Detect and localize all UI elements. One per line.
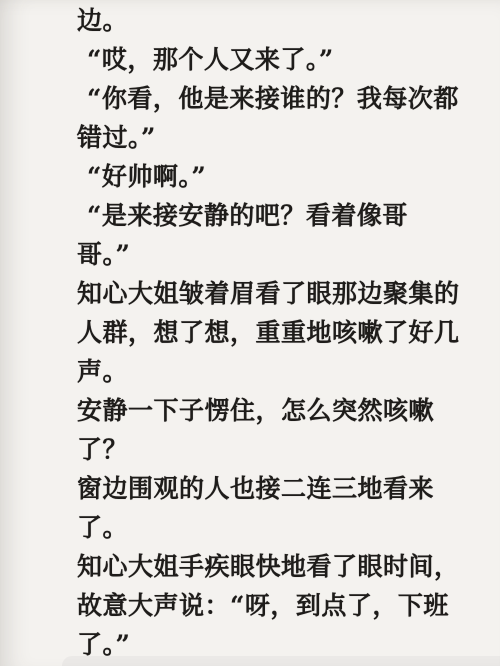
text-line: 边。 bbox=[77, 1, 448, 40]
text-line: “是来接安静的吧？看着像哥 bbox=[77, 196, 448, 235]
text-line: 了？ bbox=[77, 430, 448, 469]
novel-page: 边。 “哎，那个人又来了。” “你看，他是来接谁的？我每次都 错过。” “好帅啊… bbox=[0, 0, 500, 666]
text-line: 安静一下子愣住，怎么突然咳嗽 bbox=[77, 391, 448, 430]
novel-text: 边。 “哎，那个人又来了。” “你看，他是来接谁的？我每次都 错过。” “好帅啊… bbox=[0, 1, 500, 664]
text-line: 声。 bbox=[77, 352, 448, 391]
text-line: 窗边围观的人也接二连三地看来 bbox=[77, 469, 448, 508]
text-line: “你看，他是来接谁的？我每次都 bbox=[77, 79, 448, 118]
text-line: “好帅啊。” bbox=[77, 157, 448, 196]
text-line: 知心大姐皱着眉看了眼那边聚集的 bbox=[77, 274, 448, 313]
bottom-card-edge bbox=[62, 656, 500, 666]
text-line: 故意大声说：“呀，到点了，下班 bbox=[77, 586, 448, 625]
text-line: 知心大姐手疾眼快地看了眼时间， bbox=[77, 547, 448, 586]
text-line: 哥。” bbox=[77, 235, 448, 274]
text-line: 人群，想了想，重重地咳嗽了好几 bbox=[77, 313, 448, 352]
text-line: 错过。” bbox=[77, 118, 448, 157]
text-line: “哎，那个人又来了。” bbox=[77, 40, 448, 79]
text-line: 了。 bbox=[77, 508, 448, 547]
